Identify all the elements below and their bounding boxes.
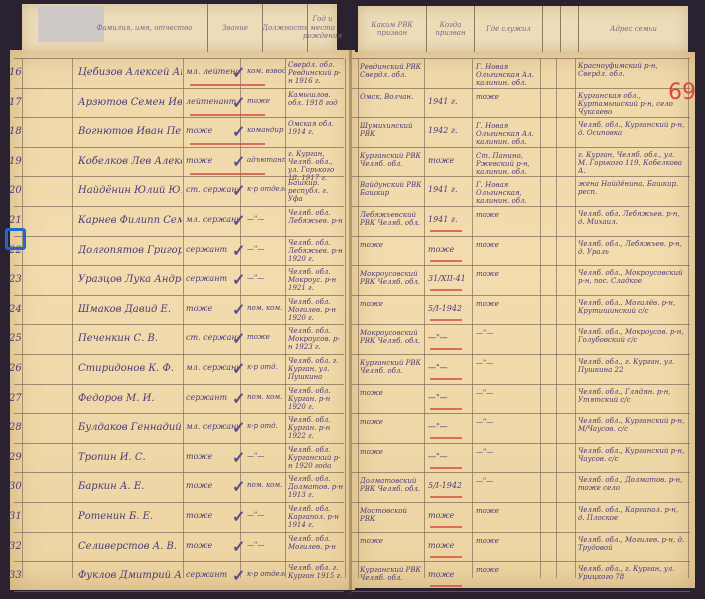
header-rank: Звание <box>207 4 262 52</box>
checkmark-icon: ✓ <box>232 211 245 230</box>
service-place: —"— <box>476 329 539 337</box>
header-family: Адрес семьи <box>578 6 688 52</box>
grid-vline <box>72 58 73 578</box>
row-divider <box>14 206 344 207</box>
conscription-date: 1942 г. <box>428 126 471 135</box>
conscription-office: тоже <box>360 300 423 308</box>
conscription-date: 5/I-1942 <box>428 304 471 313</box>
birth-info: Свердл. обл. Ревдинский р-н 1916 г. <box>288 61 344 85</box>
book-spine <box>349 50 352 595</box>
row-divider <box>352 206 690 207</box>
birth-info: Челяб. обл. Могилев. р-н 1920 г. <box>288 298 344 322</box>
soldier-name[interactable]: Фуклов Дмитрий Андреевич <box>78 570 182 582</box>
grid-vline <box>688 58 689 578</box>
checkmark-icon: ✓ <box>232 270 245 289</box>
family-address: г. Курган, Челяб. обл., ул. М. Горького … <box>578 151 686 175</box>
row-number: 20 <box>9 185 22 196</box>
birth-info: Башкир. республ. г. Уфа <box>288 179 344 203</box>
row-divider <box>14 413 344 414</box>
red-underline <box>430 437 462 439</box>
soldier-name[interactable]: Баркин А. Е. <box>78 481 182 493</box>
checkmark-icon: ✓ <box>232 300 245 319</box>
rank: сержант <box>186 274 238 283</box>
grid-vline <box>358 58 359 578</box>
rank: лейтенант <box>186 97 238 106</box>
row-divider <box>14 236 344 237</box>
rank: мл. сержант <box>186 422 238 431</box>
checkmark-icon: ✓ <box>232 389 245 408</box>
conscription-date: тоже <box>428 541 471 550</box>
red-underline <box>430 556 462 558</box>
rank: мл. сержант <box>186 363 238 372</box>
row-divider <box>352 443 690 444</box>
conscription-date: —"— <box>428 393 471 402</box>
birth-info: Камышлов. обл. 1918 год <box>288 91 344 107</box>
conscription-office: Курганский РВК Челяб. обл. <box>360 359 423 375</box>
service-place: —"— <box>476 389 539 397</box>
row-divider <box>14 532 344 533</box>
birth-info: Челяб. обл. Долматов. р-н 1913 г. <box>288 475 344 499</box>
row-number: 23 <box>9 274 22 285</box>
row-divider <box>352 502 690 503</box>
soldier-name[interactable]: Найдёнин Юлий Ю. <box>78 185 182 197</box>
row-divider <box>352 384 690 385</box>
family-address: Челяб. обл., Курганский р-н, М/Чаусов. с… <box>578 417 686 433</box>
birth-info: Челяб. обл. Лебяжьев. р-н 1920 г. <box>288 239 344 263</box>
conscription-office: тоже <box>360 537 423 545</box>
birth-info: Челяб. обл. Каргапол. р-н 1914 г. <box>288 505 344 529</box>
family-address: Челяб. обл., Мокроусов. р-н, Голубовский… <box>578 328 686 344</box>
red-underline <box>430 378 462 380</box>
row-number: 31 <box>9 511 22 522</box>
birth-info: Челяб. обл. г. Курган, ул. Пушкина <box>288 357 344 381</box>
soldier-name[interactable]: Вогнютов Иван Петрович <box>78 126 182 138</box>
post: к-р отд. <box>247 363 285 371</box>
row-divider <box>14 354 344 355</box>
family-address: Челяб. обл. Лебяжьев. р-н, д. Михаил. <box>578 210 686 226</box>
soldier-name[interactable]: Тропин И. С. <box>78 452 182 464</box>
soldier-name[interactable]: Селиверстов А. В. <box>78 541 182 553</box>
service-place: Г. Новая Ольгинская, калинин. обл. <box>476 181 539 205</box>
soldier-name[interactable]: Булдаков Геннадий Васильевич <box>78 422 182 434</box>
conscription-office: Мостовской РВК <box>360 507 423 523</box>
conscription-office: Курганский РВК Челяб. обл. <box>360 152 423 168</box>
service-place: тоже <box>476 93 539 101</box>
row-divider <box>14 58 344 59</box>
service-place: —"— <box>476 477 539 485</box>
conscription-office: Шумихинский РВК <box>360 122 423 138</box>
red-underline <box>430 526 462 528</box>
post: пом. ком. взвода <box>247 481 285 489</box>
row-divider <box>352 591 690 592</box>
row-number: 29 <box>9 452 22 463</box>
service-place: Ст. Панино, Ржевский р-н, калинин. обл. <box>476 152 539 176</box>
header-rvk: Каким РВК призван <box>358 6 426 52</box>
row-divider <box>14 443 344 444</box>
checkmark-icon: ✓ <box>232 93 245 112</box>
family-address: Челяб. обл., Мокроусовский р-н, пос. Сла… <box>578 269 686 285</box>
checkmark-icon: ✓ <box>232 181 245 200</box>
highlighted-row-marker[interactable] <box>5 228 26 250</box>
row-number: 33 <box>9 570 22 581</box>
family-address: Красноуфимский р-н, Свердл. обл. <box>578 62 686 78</box>
row-number: 32 <box>9 541 22 552</box>
checkmark-icon: ✓ <box>232 152 245 171</box>
checkmark-icon: ✓ <box>232 537 245 556</box>
soldier-name[interactable]: Печенкин С. В. <box>78 333 182 345</box>
conscription-date: —"— <box>428 422 471 431</box>
red-underline <box>430 585 462 587</box>
row-divider <box>14 176 344 177</box>
post: адъютант <box>247 156 285 164</box>
family-address: Челяб. обл., г. Курган, ул. Урицкого 78 <box>578 565 686 581</box>
soldier-name[interactable]: Цебизов Алексей Анатольевич <box>78 67 182 79</box>
soldier-name[interactable]: Карнев Филипп Семенович <box>78 215 182 227</box>
red-underline <box>430 467 462 469</box>
birth-info: Челяб. обл. Курган. р-н 1922 г. <box>288 416 344 440</box>
post: к-р отделения <box>247 570 285 578</box>
rank: сержант <box>186 570 238 579</box>
birth-info: Челяб. обл. Курганский р-н 1920 года <box>288 446 344 470</box>
row-number: 27 <box>9 393 22 404</box>
red-underline <box>190 84 265 86</box>
grid-vline <box>345 58 346 578</box>
row-divider <box>352 354 690 355</box>
conscription-date: тоже <box>428 511 471 520</box>
header-birth: Год и место рождения <box>307 4 337 52</box>
conscription-date: 1941 г. <box>428 215 471 224</box>
grid-vline <box>575 58 576 578</box>
rank: тоже <box>186 156 238 165</box>
soldier-name[interactable]: Стиридонов К. Ф. <box>78 363 182 375</box>
row-divider <box>352 176 690 177</box>
rank: тоже <box>186 481 238 490</box>
header-date: Когда призван <box>426 6 474 52</box>
service-place: Г. Новая Ольгинская Ал. калинин. обл. <box>476 63 539 87</box>
family-address: Челяб. обл., г. Курган, ул. Пушкина 22 <box>578 358 686 374</box>
red-underline <box>190 143 265 145</box>
family-address: Челяб. обл., Курганский р-н, д. Осиповка <box>578 121 686 137</box>
grid-vline <box>472 58 473 578</box>
birth-info: Челяб. обл. г. Курган 1915 г. <box>288 564 344 580</box>
header-left: Фамилия, имя, отчество Звание Должность … <box>22 4 337 52</box>
header-post: Должность <box>262 4 307 52</box>
post: —"— <box>247 511 285 519</box>
soldier-name[interactable]: Уразцов Лука Андреевич <box>78 274 182 286</box>
row-divider <box>352 413 690 414</box>
conscription-date: 31/XII-41 <box>428 274 471 283</box>
grid-vline <box>183 58 184 578</box>
row-number: 19 <box>9 156 22 167</box>
soldier-name[interactable]: Федоров М. И. <box>78 393 182 405</box>
conscription-date: тоже <box>428 156 471 165</box>
post: пом. ком. взв. <box>247 304 285 312</box>
family-address: Челяб. обл., Глядян. р-н, Утятский с/с <box>578 388 686 404</box>
service-place: —"— <box>476 418 539 426</box>
family-address: Челяб. обл., Лебяжьев. р-н, д. Ураль <box>578 240 686 256</box>
rank: ст. сержант <box>186 185 238 194</box>
conscription-date: 1941 г. <box>428 97 471 106</box>
conscription-office: Лебяжьевский РВК Челяб. обл. <box>360 211 423 227</box>
post: тоже <box>247 333 285 341</box>
post: —"— <box>247 245 285 253</box>
rank: тоже <box>186 511 238 520</box>
checkmark-icon: ✓ <box>232 63 245 82</box>
post: ком. взвода <box>247 67 285 75</box>
service-place: тоже <box>476 507 539 515</box>
grid-vline <box>424 58 425 578</box>
row-divider <box>14 561 344 562</box>
birth-info: Челяб. обл. Мокроус. р-н 1921 г. <box>288 268 344 292</box>
row-divider <box>352 295 690 296</box>
checkmark-icon: ✓ <box>232 507 245 526</box>
rank: тоже <box>186 126 238 135</box>
row-divider <box>352 58 690 59</box>
birth-info: Омская обл. 1914 г. <box>288 120 344 136</box>
row-divider <box>352 88 690 89</box>
rank: мл. лейтенант <box>186 67 238 76</box>
post: —"— <box>247 274 285 282</box>
row-number: 28 <box>9 422 22 433</box>
service-place: тоже <box>476 566 539 574</box>
row-divider <box>352 561 690 562</box>
row-number: 18 <box>9 126 22 137</box>
row-divider <box>14 384 344 385</box>
rank: сержант <box>186 393 238 402</box>
conscription-office: тоже <box>360 448 423 456</box>
family-address: Челяб. обл., Могилев. р-н, д. Трудовой <box>578 536 686 552</box>
checkmark-icon: ✓ <box>232 448 245 467</box>
post: к-р отд. <box>247 422 285 430</box>
conscription-office: Ревдинский РВК Свердл. обл. <box>360 63 423 79</box>
header-blank2 <box>560 6 578 52</box>
row-divider <box>14 147 344 148</box>
grid-vline <box>22 58 23 578</box>
rank: мл. сержант <box>186 215 238 224</box>
checkmark-icon: ✓ <box>232 566 245 585</box>
conscription-date: —"— <box>428 363 471 372</box>
row-number: 17 <box>9 97 22 108</box>
soldier-name[interactable]: Кобелков Лев Александрович <box>78 156 182 168</box>
red-underline <box>430 319 462 321</box>
conscription-date: 1941 г. <box>428 185 471 194</box>
row-divider <box>14 88 344 89</box>
rank: сержант <box>186 245 238 254</box>
service-place: тоже <box>476 211 539 219</box>
grid-vline <box>556 58 557 578</box>
header-blank1 <box>542 6 560 52</box>
conscription-date: тоже <box>428 570 471 579</box>
service-place: —"— <box>476 448 539 456</box>
grid-vline <box>285 58 286 578</box>
birth-info: Челяб. обл. Лебяжьев. р-н <box>288 209 344 225</box>
soldier-name[interactable]: Арзютов Семен Иванович <box>78 97 182 109</box>
family-address: Челяб. обл., Долматов. р-н, тоже село <box>578 476 686 492</box>
conscription-office: тоже <box>360 389 423 397</box>
rank: тоже <box>186 304 238 313</box>
header-right: Каким РВК призван Когда призван Где служ… <box>358 6 688 52</box>
conscription-date: —"— <box>428 333 471 342</box>
row-divider <box>14 502 344 503</box>
red-underline <box>190 173 265 175</box>
birth-info: Челяб. обл. Могилев. р-н <box>288 535 344 551</box>
row-divider <box>14 265 344 266</box>
service-place: тоже <box>476 241 539 249</box>
header-name: Фамилия, имя, отчество <box>82 4 207 52</box>
red-underline <box>430 230 462 232</box>
row-divider <box>352 117 690 118</box>
conscription-office: Мокроусовский РВК Челяб. обл. <box>360 329 423 345</box>
family-address: Челяб. обл., Могилёв. р-н, Крутишинский … <box>578 299 686 315</box>
row-number: 25 <box>9 333 22 344</box>
red-underline <box>430 348 462 350</box>
row-divider <box>352 147 690 148</box>
post: —"— <box>247 215 285 223</box>
red-underline <box>430 408 462 410</box>
post: к-р отделения <box>247 185 285 193</box>
row-divider <box>14 295 344 296</box>
rank: тоже <box>186 452 238 461</box>
service-place: Г. Новая Ольгинская Ал. калинин. обл. <box>476 122 539 146</box>
row-divider <box>352 236 690 237</box>
soldier-name[interactable]: Долгопятов Григорий Ивлевич <box>78 245 182 257</box>
conscription-date: —"— <box>428 452 471 461</box>
family-address: Челяб. обл., Курганский р-н, Чаусов. с/с <box>578 447 686 463</box>
family-address: Челяб. обл., Каргапол. р-н, д. Плоское <box>578 506 686 522</box>
post: командир роты <box>247 126 285 134</box>
birth-info: Челяб. обл. Мокроусов. р-н 1923 г. <box>288 327 344 351</box>
page-number: 69 <box>668 80 696 105</box>
conscription-office: Вайдунский РВК Башкир <box>360 181 423 197</box>
row-number: 21 <box>9 215 22 226</box>
checkmark-icon: ✓ <box>232 122 245 141</box>
checkmark-icon: ✓ <box>232 329 245 348</box>
post: —"— <box>247 541 285 549</box>
row-divider <box>14 591 344 592</box>
row-number: 24 <box>9 304 22 315</box>
row-divider <box>352 532 690 533</box>
checkmark-icon: ✓ <box>232 477 245 496</box>
conscription-office: Долматовский РВК Челяб. обл. <box>360 477 423 493</box>
red-underline <box>430 496 462 498</box>
conscription-date: 5/I-1942 <box>428 481 471 490</box>
post: —"— <box>247 452 285 460</box>
conscription-office: Мокроусовский РВК Челяб. обл. <box>360 270 423 286</box>
row-divider <box>14 472 344 473</box>
red-underline <box>430 260 462 262</box>
post: тоже <box>247 97 285 105</box>
conscription-office: тоже <box>360 418 423 426</box>
conscription-office: Омск, Волчан. <box>360 93 423 101</box>
rank: тоже <box>186 541 238 550</box>
grid-vline <box>540 58 541 578</box>
soldier-name[interactable]: Ротенин Б. Е. <box>78 511 182 523</box>
service-place: тоже <box>476 300 539 308</box>
row-divider <box>352 324 690 325</box>
conscription-date: тоже <box>428 245 471 254</box>
post: пом. ком. взв. <box>247 393 285 401</box>
row-divider <box>352 472 690 473</box>
row-number: 16 <box>9 67 22 78</box>
checkmark-icon: ✓ <box>232 418 245 437</box>
conscription-office: тоже <box>360 241 423 249</box>
service-place: тоже <box>476 270 539 278</box>
birth-info: Челяб. обл. Курган. р-н 1920 г. <box>288 387 344 411</box>
row-number: 30 <box>9 481 22 492</box>
service-place: тоже <box>476 537 539 545</box>
service-place: —"— <box>476 359 539 367</box>
row-divider <box>14 324 344 325</box>
soldier-name[interactable]: Шмаков Давид Е. <box>78 304 182 316</box>
red-underline <box>430 289 462 291</box>
conscription-office: Курганский РВК Челяб. обл. <box>360 566 423 582</box>
red-underline <box>190 114 265 116</box>
header-service: Где служил <box>474 6 542 52</box>
family-address: жена Найдёнина, Башкир. респ. <box>578 180 686 196</box>
checkmark-icon: ✓ <box>232 359 245 378</box>
row-divider <box>352 265 690 266</box>
row-number: 26 <box>9 363 22 374</box>
checkmark-icon: ✓ <box>232 241 245 260</box>
row-divider <box>14 117 344 118</box>
rank: ст. сержант <box>186 333 238 342</box>
